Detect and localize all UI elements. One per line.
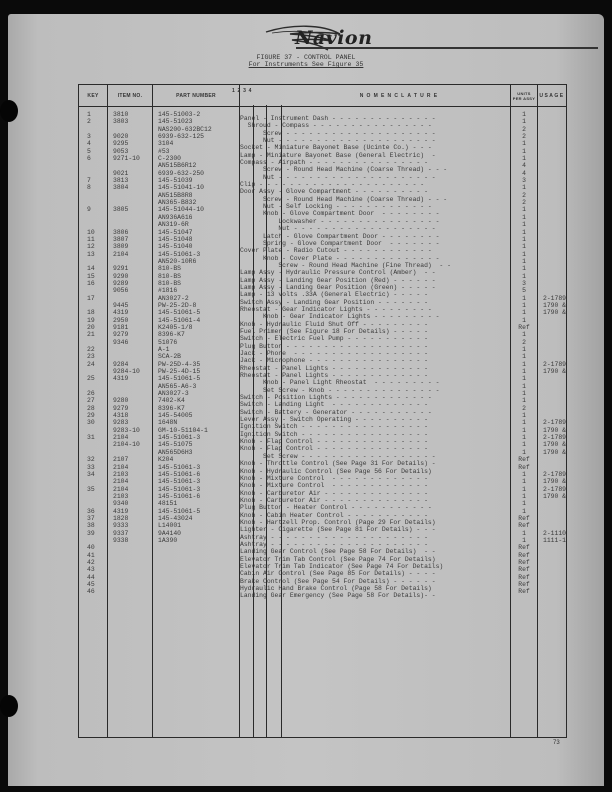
table-cell-usage: 2-1789 bbox=[543, 361, 566, 368]
table-cell-key bbox=[87, 478, 107, 485]
table-cell-usage bbox=[543, 397, 566, 404]
table-cell-usage: 1790 & Subs bbox=[543, 302, 566, 309]
table-cell-units: 3 bbox=[511, 177, 537, 184]
table-cell-key: 11 bbox=[87, 236, 107, 243]
item-no-column: 381038039020929590539271-109021381338043… bbox=[108, 107, 152, 596]
table-cell-nom: Spring - Glove Compartment Door - - - - … bbox=[240, 240, 505, 247]
table-cell-units: 2 bbox=[511, 133, 537, 140]
table-cell-key bbox=[87, 441, 107, 448]
table-cell-item: 1828 bbox=[113, 515, 152, 522]
table-cell-nom: Rheostat - Panel Lights - - - - - - - - … bbox=[240, 372, 505, 379]
table-cell-key bbox=[87, 383, 107, 390]
table-header-row: KEY ITEM NO. PART NUMBER NOMENCLATURE UN… bbox=[79, 85, 567, 107]
table-cell-key: 34 bbox=[87, 471, 107, 478]
table-cell-key bbox=[87, 287, 107, 294]
table-cell-part: #1816 bbox=[158, 287, 239, 294]
table-cell-usage bbox=[543, 500, 566, 507]
table-cell-part: 6939-632-250 bbox=[158, 170, 239, 177]
table-cell-usage bbox=[543, 287, 566, 294]
table-cell-item: 4319 bbox=[113, 309, 152, 316]
table-cell-item: 9283-10 bbox=[113, 427, 152, 434]
table-cell-units: 1 bbox=[511, 508, 537, 515]
table-cell-item bbox=[113, 588, 152, 595]
table-cell-key: 37 bbox=[87, 515, 107, 522]
table-cell-units: 1 bbox=[511, 471, 537, 478]
table-cell-nom: Jack - Microphone - - - - - - - - - - - … bbox=[240, 357, 505, 364]
table-cell-nom: Cabin Air Control (See Page 85 For Detai… bbox=[240, 570, 505, 577]
table-cell-part: AN365-B832 bbox=[158, 199, 239, 206]
table-cell-nom: Knob - Hydraulic Fluid Shut Off - - - - … bbox=[240, 321, 505, 328]
table-cell-units: 1 bbox=[511, 361, 537, 368]
table-cell-usage bbox=[543, 508, 566, 515]
table-cell-nom: Nut - - - - - - - - - - - - - - - - - - … bbox=[240, 225, 505, 232]
table-cell-units: 5 bbox=[511, 287, 537, 294]
table-cell-units: 1 bbox=[511, 434, 537, 441]
table-cell-units: 1 bbox=[511, 427, 537, 434]
table-cell-nom: Nut - - - - - - - - - - - - - - - - - - … bbox=[240, 174, 505, 181]
table-cell-key bbox=[87, 427, 107, 434]
table-cell-key: 31 bbox=[87, 434, 107, 441]
table-cell-units: 4 bbox=[511, 170, 537, 177]
table-cell-nom: Screw - Round Head Machine (Fine Thread)… bbox=[240, 262, 505, 269]
table-cell-key: 32 bbox=[87, 456, 107, 463]
table-cell-units: Ref bbox=[511, 574, 537, 581]
table-cell-part: 145-51061-6 bbox=[158, 471, 239, 478]
table-cell-usage bbox=[543, 140, 566, 147]
table-cell-usage bbox=[543, 405, 566, 412]
table-cell-usage bbox=[543, 199, 566, 206]
table-cell-part: 810-BS bbox=[158, 273, 239, 280]
table-cell-part: 145-51023 bbox=[158, 118, 239, 125]
table-cell-part: 3104 bbox=[158, 140, 239, 147]
table-cell-units: 1 bbox=[511, 229, 537, 236]
table-cell-nom: Latch - Glove Compartment Door - - - - -… bbox=[240, 233, 505, 240]
table-cell-nom: Switch - Landing Light - - - - - - - - -… bbox=[240, 401, 505, 408]
table-cell-usage bbox=[543, 324, 566, 331]
table-cell-item: 9290 bbox=[113, 273, 152, 280]
table-cell-nom: Knob - Hartzell Prop. Control (Page 29 F… bbox=[240, 519, 505, 526]
table-cell-part bbox=[158, 544, 239, 551]
table-cell-part: 145-51061-4 bbox=[158, 317, 239, 324]
table-cell-part: 145-51061-3 bbox=[158, 486, 239, 493]
table-cell-nom: Lamp - 13 volts .33A (General Electric) … bbox=[240, 291, 505, 298]
table-cell-usage bbox=[543, 126, 566, 133]
binder-hole bbox=[0, 100, 18, 122]
table-cell-part: AN3027-2 bbox=[158, 295, 239, 302]
table-cell-nom: Panel - Instrument Dash - - - - - - - - … bbox=[240, 115, 505, 122]
table-cell-key: 33 bbox=[87, 464, 107, 471]
table-cell-usage: 2-1789 bbox=[543, 419, 566, 426]
table-cell-item: 9283 bbox=[113, 419, 152, 426]
table-cell-units: 1 bbox=[511, 449, 537, 456]
table-cell-key: 3 bbox=[87, 133, 107, 140]
table-cell-key: 2 bbox=[87, 118, 107, 125]
table-cell-nom: Knob - Glove Compartment Door - - - - - … bbox=[240, 210, 505, 217]
table-cell-key bbox=[87, 302, 107, 309]
table-cell-item: 9333 bbox=[113, 522, 152, 529]
table-cell-usage bbox=[543, 221, 566, 228]
table-cell-units: 1 bbox=[511, 214, 537, 221]
table-cell-item: 9337 bbox=[113, 530, 152, 537]
table-cell-part: 8396-K7 bbox=[158, 331, 239, 338]
table-cell-part: 1A390 bbox=[158, 537, 239, 544]
table-cell-part: 1648N bbox=[158, 419, 239, 426]
table-cell-nom: Lamp Assy - Hydraulic Pressure Control (… bbox=[240, 269, 505, 276]
table-cell-item: 9280 bbox=[113, 397, 152, 404]
table-cell-usage: 2-1789 bbox=[543, 471, 566, 478]
table-cell-usage bbox=[543, 111, 566, 118]
table-cell-part: A-1 bbox=[158, 346, 239, 353]
table-cell-usage bbox=[543, 383, 566, 390]
indent-rule-3 bbox=[266, 105, 267, 738]
table-cell-key: 20 bbox=[87, 324, 107, 331]
table-cell-key: 5 bbox=[87, 148, 107, 155]
column-header-usage: USAGE bbox=[538, 85, 567, 107]
table-cell-usage bbox=[543, 251, 566, 258]
table-cell-item: 4318 bbox=[113, 412, 152, 419]
table-cell-item bbox=[113, 574, 152, 581]
table-cell-usage bbox=[543, 522, 566, 529]
table-cell-nom: Compass - Airpath - - - - - - - - - - - … bbox=[240, 159, 505, 166]
table-cell-units: 1 bbox=[511, 273, 537, 280]
table-cell-part: AN936A616 bbox=[158, 214, 239, 221]
table-cell-nom: Ignition Switch - - - - - - - - - - - - … bbox=[240, 431, 505, 438]
table-cell-item: 2104 bbox=[113, 486, 152, 493]
table-cell-key: 14 bbox=[87, 265, 107, 272]
units-column: 11221114431221111111111351111Ref12111111… bbox=[511, 107, 537, 596]
table-cell-item: 9289 bbox=[113, 280, 152, 287]
column-header-units-per-assy: UNITSPER ASSY bbox=[511, 85, 538, 107]
table-cell-usage bbox=[543, 544, 566, 551]
table-cell-nom: Screw - Round Head Machine (Coarse Threa… bbox=[240, 166, 505, 173]
table-cell-item bbox=[113, 552, 152, 559]
table-cell-item: 9021 bbox=[113, 170, 152, 177]
table-cell-item: 2104 bbox=[113, 434, 152, 441]
table-cell-units: 1 bbox=[511, 243, 537, 250]
table-cell-units: 1 bbox=[511, 383, 537, 390]
table-cell-part: 145-51041-10 bbox=[158, 184, 239, 191]
table-cell-units: 1 bbox=[511, 346, 537, 353]
table-cell-part: PW-25-2D-8 bbox=[158, 302, 239, 309]
table-cell-key bbox=[87, 339, 107, 346]
table-cell-units: 1 bbox=[511, 265, 537, 272]
table-cell-usage: 2-1789 bbox=[543, 434, 566, 441]
table-cell-item bbox=[113, 295, 152, 302]
table-cell-item bbox=[113, 162, 152, 169]
table-cell-part: 48151 bbox=[158, 500, 239, 507]
table-cell-units: 4 bbox=[511, 162, 537, 169]
table-cell-usage bbox=[543, 206, 566, 213]
table-cell-usage bbox=[543, 280, 566, 287]
table-cell-nom: Clip - - - - - - - - - - - - - - - - - -… bbox=[240, 181, 505, 188]
table-cell-part: 145-51061-5 bbox=[158, 375, 239, 382]
table-cell-part: 145-51040 bbox=[158, 243, 239, 250]
table-cell-usage: 1790 & Subs bbox=[543, 493, 566, 500]
table-cell-usage: 2-1789 bbox=[543, 295, 566, 302]
table-cell-item: 9271-10 bbox=[113, 155, 152, 162]
table-cell-key: 1 bbox=[87, 111, 107, 118]
table-cell-usage: 2-1110 bbox=[543, 530, 566, 537]
table-cell-key: 45 bbox=[87, 581, 107, 588]
table-cell-part: L14001 bbox=[158, 522, 239, 529]
table-cell-units: 1 bbox=[511, 530, 537, 537]
table-cell-part: 145-51003-2 bbox=[158, 111, 239, 118]
table-cell-units: Ref bbox=[511, 559, 537, 566]
table-cell-units: 1 bbox=[511, 397, 537, 404]
table-cell-item: 9295 bbox=[113, 140, 152, 147]
page-number: 73 bbox=[553, 740, 560, 746]
table-cell-nom: Knob - Flap Control - - - - - - - - - - … bbox=[240, 438, 505, 445]
table-cell-part: 810-BS bbox=[158, 265, 239, 272]
table-cell-units: 1 bbox=[511, 302, 537, 309]
table-cell-usage bbox=[543, 155, 566, 162]
table-cell-usage bbox=[543, 317, 566, 324]
table-cell-key bbox=[87, 126, 107, 133]
table-cell-units: 1 bbox=[511, 478, 537, 485]
table-cell-part: 9A4140 bbox=[158, 530, 239, 537]
table-cell-nom: Lighter - Cigarette (See Page 81 For Det… bbox=[240, 526, 505, 533]
table-cell-usage bbox=[543, 464, 566, 471]
column-header-key: KEY bbox=[79, 85, 108, 107]
table-cell-part: 145-51048 bbox=[158, 236, 239, 243]
table-cell-item: 3804 bbox=[113, 184, 152, 191]
table-cell-part: AN515B8R8 bbox=[158, 192, 239, 199]
table-cell-usage bbox=[543, 552, 566, 559]
table-cell-nom: Ashtray - - - - - - - - - - - - - - - - … bbox=[240, 534, 505, 541]
table-cell-usage: 1790 & Subs bbox=[543, 309, 566, 316]
table-cell-part: 145-51075 bbox=[158, 441, 239, 448]
table-cell-usage bbox=[543, 515, 566, 522]
table-cell-nom: Knob - Carburetor Air - - - - - - - - - … bbox=[240, 490, 505, 497]
table-cell-key bbox=[87, 214, 107, 221]
table-cell-key: 12 bbox=[87, 243, 107, 250]
table-cell-nom: Brake Control (See Page 54 For Details) … bbox=[240, 578, 505, 585]
table-cell-units: 1 bbox=[511, 500, 537, 507]
table-cell-usage bbox=[543, 581, 566, 588]
table-cell-key: 28 bbox=[87, 405, 107, 412]
table-cell-units: Ref bbox=[511, 515, 537, 522]
table-cell-nom: Lamp - Miniature Bayonet Base (General E… bbox=[240, 152, 505, 159]
table-cell-key: 36 bbox=[87, 508, 107, 515]
table-cell-usage bbox=[543, 273, 566, 280]
column-header-nomenclature: NOMENCLATURE bbox=[240, 85, 511, 107]
table-cell-part: 145-51061-5 bbox=[158, 508, 239, 515]
table-cell-units: 1 bbox=[511, 309, 537, 316]
table-cell-key: 8 bbox=[87, 184, 107, 191]
table-cell-units: 1 bbox=[511, 148, 537, 155]
table-cell-part: NAS200-632BC12 bbox=[158, 126, 239, 133]
table-cell-usage: 1790 & Subs bbox=[543, 427, 566, 434]
table-cell-usage bbox=[543, 192, 566, 199]
table-cell-key bbox=[87, 199, 107, 206]
table-cell-key: 35 bbox=[87, 486, 107, 493]
indent-level-header: 1 2 3 4 bbox=[232, 88, 251, 94]
table-cell-nom: Knob - Mixture Control - - - - - - - - -… bbox=[240, 475, 505, 482]
table-cell-part: K204 bbox=[158, 456, 239, 463]
table-cell-part bbox=[158, 588, 239, 595]
table-cell-usage bbox=[543, 390, 566, 397]
table-cell-item bbox=[113, 199, 152, 206]
table-cell-item: 9279 bbox=[113, 331, 152, 338]
table-cell-units: Ref bbox=[511, 464, 537, 471]
table-cell-item bbox=[113, 544, 152, 551]
table-cell-part: 51076 bbox=[158, 339, 239, 346]
table-cell-usage bbox=[543, 412, 566, 419]
table-cell-units: 2 bbox=[511, 405, 537, 412]
table-cell-nom: Shroud - Compass - - - - - - - - - - - -… bbox=[240, 122, 505, 129]
table-cell-units: Ref bbox=[511, 581, 537, 588]
table-cell-usage: 1790 & Subs bbox=[543, 368, 566, 375]
table-cell-usage: 2-1789 bbox=[543, 486, 566, 493]
table-cell-units: 1 bbox=[511, 184, 537, 191]
table-cell-usage bbox=[543, 148, 566, 155]
table-cell-part: 145-51044-10 bbox=[158, 206, 239, 213]
table-cell-part: 145-51039 bbox=[158, 177, 239, 184]
table-cell-key: 46 bbox=[87, 588, 107, 595]
table-cell-nom: Elevator Trim Tab Control (See Page 74 F… bbox=[240, 556, 505, 563]
table-cell-part: 145-43024 bbox=[158, 515, 239, 522]
table-cell-part: 145-51061-3 bbox=[158, 251, 239, 258]
table-cell-usage bbox=[543, 258, 566, 265]
table-cell-nom: Hydraulic Hand Brake Control (Page 58 Fo… bbox=[240, 585, 505, 592]
table-cell-key: 38 bbox=[87, 522, 107, 529]
table-cell-units: 1 bbox=[511, 317, 537, 324]
table-cell-nom: Rheostat - Gear Indicator Lights - - - -… bbox=[240, 306, 505, 313]
nomenclature-column: Panel - Instrument Dash - - - - - - - - … bbox=[240, 111, 505, 600]
table-cell-units: Ref bbox=[511, 522, 537, 529]
table-cell-nom: Lockwasher - - - - - - - - - - - - - - -… bbox=[240, 218, 505, 225]
table-cell-part: PW-25D-4-35 bbox=[158, 361, 239, 368]
table-cell-nom: Knob - Panel Light Rheostat - - - - - - … bbox=[240, 379, 505, 386]
table-cell-units: 1 bbox=[511, 390, 537, 397]
table-cell-usage bbox=[543, 566, 566, 573]
table-cell-units: Ref bbox=[511, 588, 537, 595]
table-cell-part: 7402-K4 bbox=[158, 397, 239, 404]
table-cell-usage bbox=[543, 243, 566, 250]
table-cell-usage bbox=[543, 265, 566, 272]
table-cell-nom: Plug Button - - - - - - - - - - - - - - … bbox=[240, 343, 505, 350]
table-cell-nom: Landing Gear Control (See Page 58 For De… bbox=[240, 548, 505, 555]
indent-rule-4 bbox=[281, 105, 282, 738]
table-cell-usage bbox=[543, 214, 566, 221]
table-cell-key: 41 bbox=[87, 552, 107, 559]
table-cell-key bbox=[87, 192, 107, 199]
table-cell-part: 810-BS bbox=[158, 280, 239, 287]
table-cell-usage: 1790 & Subs bbox=[543, 449, 566, 456]
table-cell-item bbox=[113, 383, 152, 390]
table-cell-nom: Socket - Miniature Bayonet Base (Ucinte … bbox=[240, 144, 505, 151]
table-cell-usage bbox=[543, 574, 566, 581]
table-cell-nom: Switch - Battery - Generator - - - - - -… bbox=[240, 409, 505, 416]
table-cell-units: 1 bbox=[511, 412, 537, 419]
parts-list-table: KEY ITEM NO. PART NUMBER NOMENCLATURE UN… bbox=[78, 84, 567, 738]
table-cell-item bbox=[113, 581, 152, 588]
table-cell-part bbox=[158, 566, 239, 573]
table-cell-key: 22 bbox=[87, 346, 107, 353]
figure-title: FIGURE 37 - CONTROL PANEL bbox=[0, 54, 612, 61]
table-cell-nom: Rheostat - Panel Lights - - - - - - - - … bbox=[240, 365, 505, 372]
table-cell-nom: Knob - Throttle Control (See Page 31 For… bbox=[240, 460, 505, 467]
table-cell-nom: Knob - Hydraulic Control (See Page 56 Fo… bbox=[240, 468, 505, 475]
key-column: 1234567891011121314151617181920212223242… bbox=[79, 107, 107, 596]
table-cell-part: 145-54005 bbox=[158, 412, 239, 419]
table-cell-units: 2 bbox=[511, 339, 537, 346]
table-cell-units: 1 bbox=[511, 221, 537, 228]
figure-subtitle: For Instruments See Figure 35 bbox=[0, 61, 612, 68]
table-cell-units: 1 bbox=[511, 118, 537, 125]
table-cell-units: 1 bbox=[511, 419, 537, 426]
table-cell-nom: Screw - Round Head Machine (Coarse Threa… bbox=[240, 196, 505, 203]
table-cell-nom: Ignition Switch - - - - - - - - - - - - … bbox=[240, 423, 505, 430]
table-cell-nom: Fuel Primer (See Figure 18 For Details) … bbox=[240, 328, 505, 335]
table-cell-nom: Landing Gear Emergency (See Page 58 For … bbox=[240, 592, 505, 599]
table-cell-nom: Lever Assy - Switch Operating - - - - - … bbox=[240, 416, 505, 423]
table-cell-item bbox=[113, 346, 152, 353]
table-cell-item bbox=[113, 126, 152, 133]
table-cell-item bbox=[113, 353, 152, 360]
table-cell-part: PW-25-4D-15 bbox=[158, 368, 239, 375]
table-cell-item: 2950 bbox=[113, 317, 152, 324]
table-cell-nom: Set Screw - - - - - - - - - - - - - - - … bbox=[240, 453, 505, 460]
table-cell-nom: Knob - Cover Plate - - - - - - - - - - -… bbox=[240, 255, 505, 262]
table-cell-key bbox=[87, 449, 107, 456]
table-cell-item: 2103 bbox=[113, 471, 152, 478]
table-cell-part bbox=[158, 574, 239, 581]
table-cell-item bbox=[113, 214, 152, 221]
table-cell-key bbox=[87, 221, 107, 228]
table-cell-item: 2104 bbox=[113, 251, 152, 258]
table-cell-item: 3810 bbox=[113, 111, 152, 118]
table-cell-key bbox=[87, 500, 107, 507]
table-cell-nom: Elevator Trim Tab Indicator (See Page 74… bbox=[240, 563, 505, 570]
table-cell-part: 145-51061-3 bbox=[158, 434, 239, 441]
table-cell-item bbox=[113, 192, 152, 199]
units-label-line2: PER ASSY bbox=[513, 96, 535, 101]
table-cell-item: 4319 bbox=[113, 375, 152, 382]
table-cell-units: 2 bbox=[511, 199, 537, 206]
table-cell-units: 3 bbox=[511, 280, 537, 287]
table-cell-nom: Nut - Self Locking - - - - - - - - - - -… bbox=[240, 203, 505, 210]
table-cell-key: 29 bbox=[87, 412, 107, 419]
table-cell-key: 10 bbox=[87, 229, 107, 236]
table-cell-usage bbox=[543, 162, 566, 169]
table-cell-units: 2 bbox=[511, 126, 537, 133]
table-cell-nom: Set Screw - Knob - - - - - - - - - - - -… bbox=[240, 387, 505, 394]
table-cell-item: 9279 bbox=[113, 405, 152, 412]
table-cell-key: 44 bbox=[87, 574, 107, 581]
table-cell-part: C-2300 bbox=[158, 155, 239, 162]
table-cell-nom: Nut - - - - - - - - - - - - - - - - - - … bbox=[240, 137, 505, 144]
table-cell-key bbox=[87, 537, 107, 544]
table-cell-key bbox=[87, 170, 107, 177]
table-cell-usage bbox=[543, 559, 566, 566]
table-cell-part: 145-51061-3 bbox=[158, 464, 239, 471]
table-cell-units: 1 bbox=[511, 251, 537, 258]
table-cell-units: 1 bbox=[511, 537, 537, 544]
table-cell-usage bbox=[543, 118, 566, 125]
table-cell-units: 1 bbox=[511, 111, 537, 118]
table-cell-units: 1 bbox=[511, 236, 537, 243]
table-cell-units: 1 bbox=[511, 353, 537, 360]
column-header-part-number: PART NUMBER bbox=[153, 85, 240, 107]
table-cell-nom: Knob - Flap Control - - - - - - - - - - … bbox=[240, 445, 505, 452]
table-cell-key: 30 bbox=[87, 419, 107, 426]
table-cell-usage: 1790 & Subs bbox=[543, 441, 566, 448]
table-cell-nom: Door Assy - Glove Compartment - - - - - … bbox=[240, 188, 505, 195]
table-cell-units: 1 bbox=[511, 441, 537, 448]
table-cell-key bbox=[87, 368, 107, 375]
table-cell-part: 145-51061-5 bbox=[158, 309, 239, 316]
